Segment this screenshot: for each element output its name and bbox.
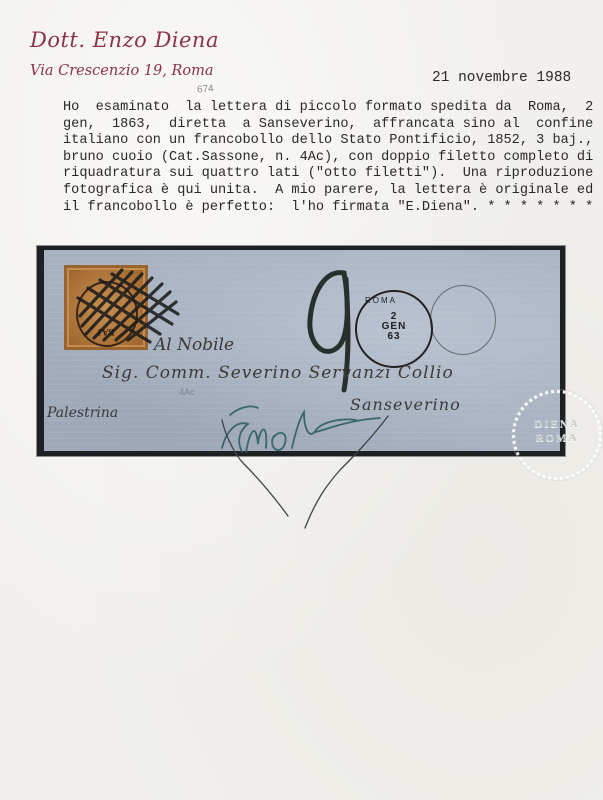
- postmark-town: ROMA: [365, 296, 397, 305]
- diena-embossed-seal: DIENA ROMA: [512, 390, 602, 480]
- letter-cover: BAJ ROMA 2: [44, 250, 560, 451]
- certificate-text: Ho esaminato la lettera di piccolo forma…: [63, 100, 573, 216]
- letterhead-address: Via Crescenzio 19, Roma: [30, 63, 214, 79]
- certificate-date: 21 novembre 1988: [432, 70, 571, 86]
- postmark-date: 2 GEN 63: [357, 312, 431, 342]
- certificate-line: italiano con un francobollo dello Stato …: [63, 133, 573, 150]
- certificate-line: gen, 1863, diretta a Sanseverino, affran…: [63, 117, 573, 134]
- certificate-line: Ho esaminato la lettera di piccolo forma…: [63, 100, 573, 117]
- address-line-recipient-name: Sig. Comm. Severino Servanzi Collio: [102, 363, 454, 383]
- certificate-line: fotografica è qui unita. A mio parere, l…: [63, 183, 573, 200]
- letterhead-name: Dott. Enzo Diena: [30, 28, 219, 52]
- cover-photograph: BAJ ROMA 2: [37, 246, 565, 456]
- postmark-year: 63: [357, 332, 431, 342]
- pencil-catalog-note: 4Ac: [179, 387, 195, 397]
- faint-transit-postmark: [430, 285, 496, 355]
- certificate-line: il francobollo è perfetto: l'ho firmata …: [63, 200, 573, 217]
- address-line-palestrina: Palestrina: [47, 405, 118, 421]
- seal-line-1: DIENA: [515, 417, 599, 431]
- pencil-reference-number: 674: [197, 83, 214, 95]
- address-line-destination: Sanseverino: [350, 395, 461, 414]
- seal-line-2: ROMA: [515, 431, 599, 445]
- certificate-line: riquadratura sui quattro lati ("otto fil…: [63, 166, 573, 183]
- seal-text: DIENA ROMA: [515, 417, 599, 445]
- roma-postmark: ROMA 2 GEN 63: [355, 290, 433, 368]
- certificate-line: bruno cuoio (Cat.Sassone, n. 4Ac), con d…: [63, 150, 573, 167]
- address-line-recipient-title: Al Nobile: [154, 335, 234, 355]
